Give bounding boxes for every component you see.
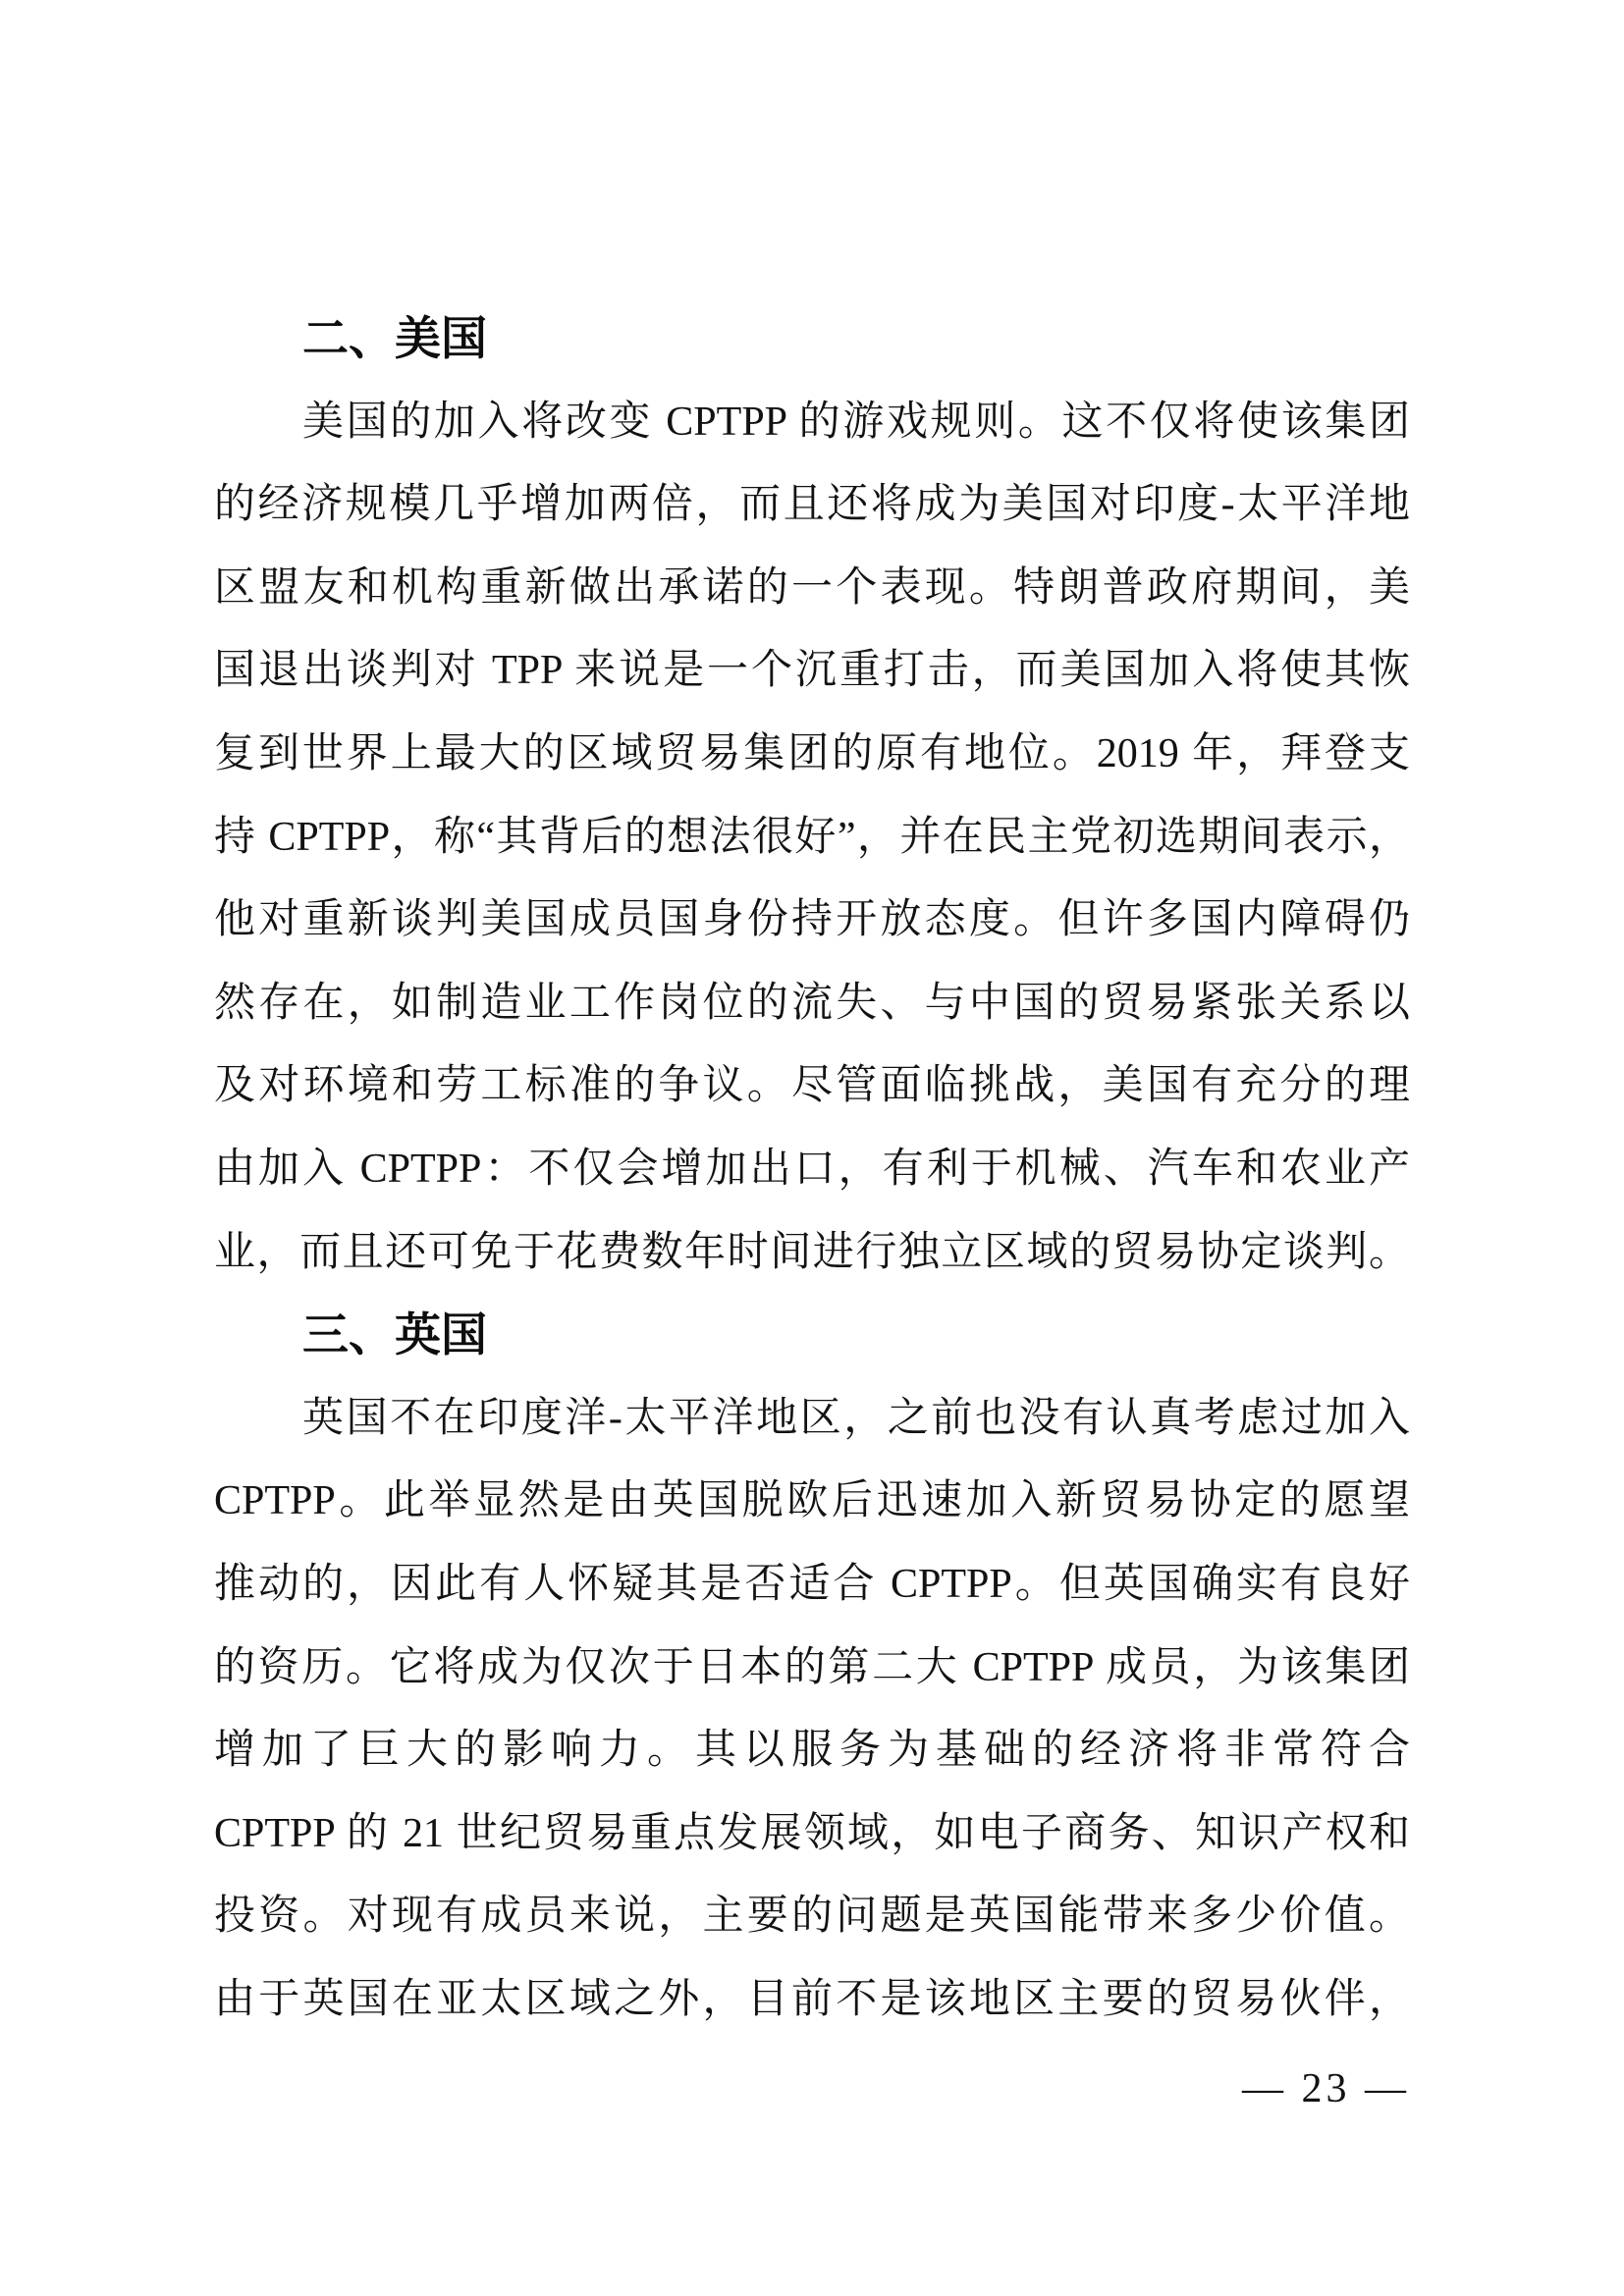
text-line: 的资历。它将成为仅次于日本的第二大 CPTPP 成员，为该集团: [214, 1627, 1410, 1710]
text-line: 由加入 CPTPP：不仅会增加出口，有利于机械、汽车和农业产: [214, 1128, 1410, 1211]
text-line: 及对环境和劳工标准的争议。尽管面临挑战，美国有充分的理: [214, 1044, 1410, 1128]
page-number: — 23 —: [1242, 2061, 1410, 2116]
text-line: 由于英国在亚太区域之外，目前不是该地区主要的贸易伙伴，: [214, 1958, 1410, 2042]
text-line: 英国不在印度洋-太平洋地区，之前也没有认真考虑过加入: [214, 1377, 1410, 1461]
text-line: 持 CPTPP，称“其背后的想法很好”，并在民主党初选期间表示，: [214, 796, 1410, 880]
text-line: 的经济规模几乎增加两倍，而且还将成为美国对印度-太平洋地: [214, 463, 1410, 547]
text-line: 业，而且还可免于花费数年时间进行独立区域的贸易协定谈判。: [214, 1211, 1410, 1295]
section-heading-uk: 三、英国: [214, 1294, 1410, 1377]
text-block: 二、美国 美国的加入将改变 CPTPP 的游戏规则。这不仅将使该集团 的经济规模…: [214, 297, 1410, 2041]
section-heading-us: 二、美国: [214, 297, 1410, 381]
text-line: 投资。对现有成员来说，主要的问题是英国能带来多少价值。: [214, 1875, 1410, 1958]
text-line: CPTPP。此举显然是由英国脱欧后迅速加入新贸易协定的愿望: [214, 1460, 1410, 1543]
text-line: 复到世界上最大的区域贸易集团的原有地位。2019 年，拜登支: [214, 713, 1410, 796]
document-page: 二、美国 美国的加入将改变 CPTPP 的游戏规则。这不仅将使该集团 的经济规模…: [0, 0, 1624, 2296]
text-line: 区盟友和机构重新做出承诺的一个表现。特朗普政府期间，美: [214, 547, 1410, 630]
text-line: 他对重新谈判美国成员国身份持开放态度。但许多国内障碍仍: [214, 879, 1410, 962]
text-line: 美国的加入将改变 CPTPP 的游戏规则。这不仅将使该集团: [214, 381, 1410, 464]
text-line: CPTPP 的 21 世纪贸易重点发展领域，如电子商务、知识产权和: [214, 1792, 1410, 1876]
text-line: 国退出谈判对 TPP 来说是一个沉重打击，而美国加入将使其恢: [214, 629, 1410, 713]
text-line: 然存在，如制造业工作岗位的流失、与中国的贸易紧张关系以: [214, 962, 1410, 1045]
text-line: 增加了巨大的影响力。其以服务为基础的经济将非常符合: [214, 1709, 1410, 1792]
text-line: 推动的，因此有人怀疑其是否适合 CPTPP。但英国确实有良好: [214, 1543, 1410, 1627]
